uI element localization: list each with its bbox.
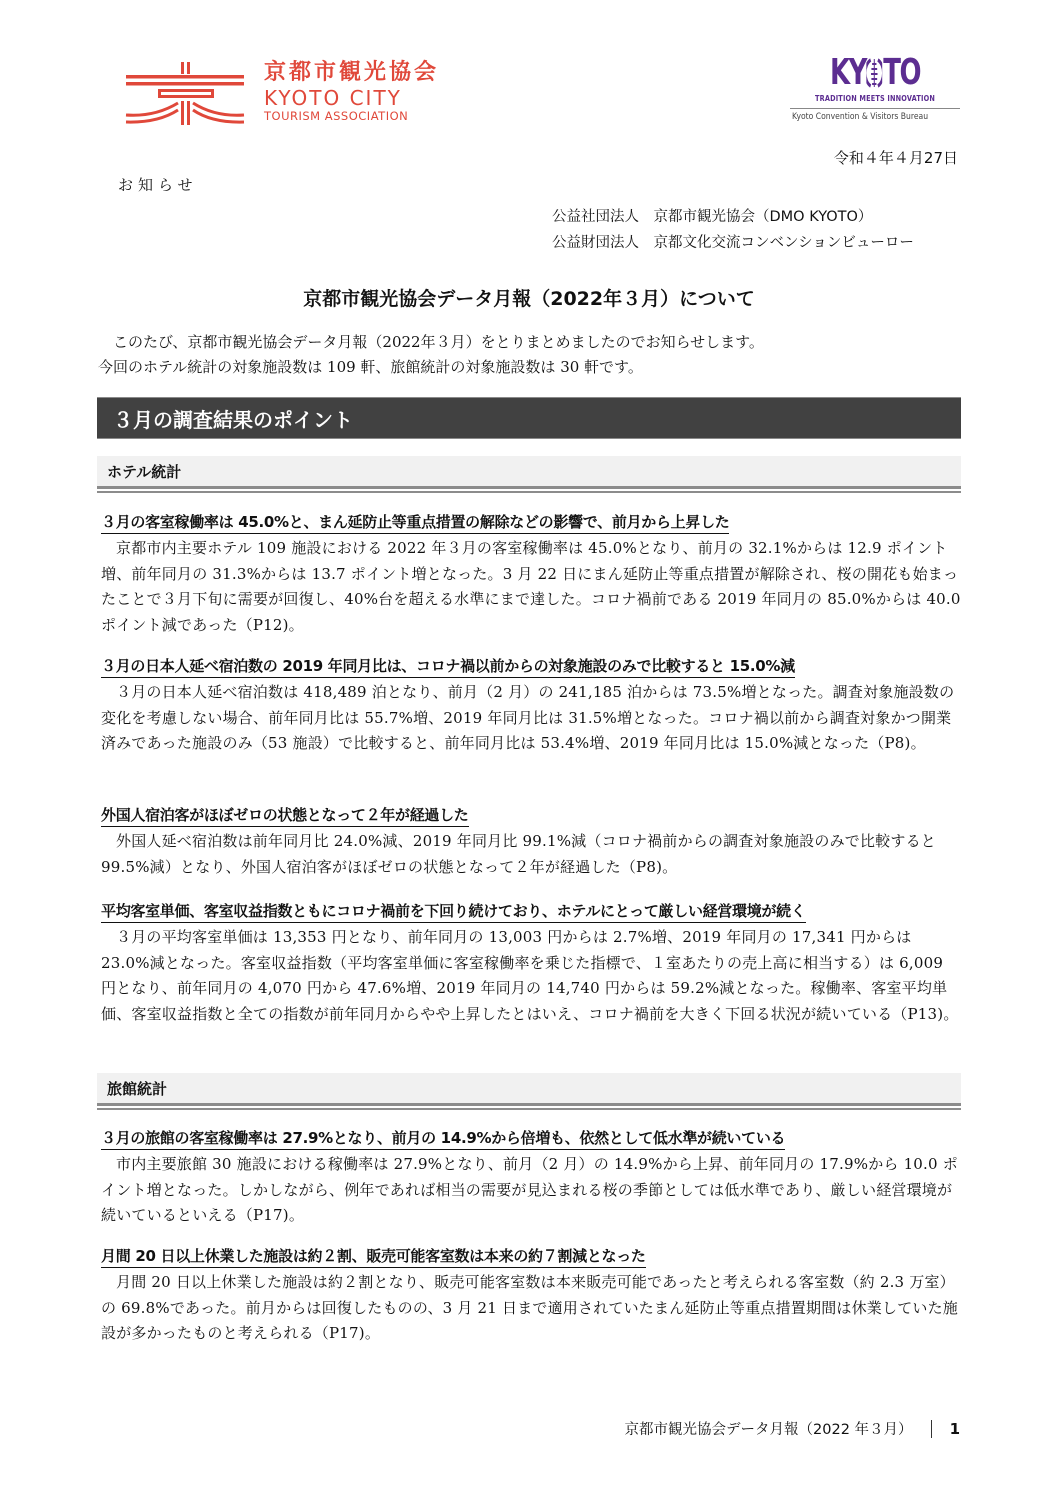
kyoto-convention-bureau-logo: KY TO TRADITION MEETS INNOVATION Kyoto C… xyxy=(790,55,960,135)
intro-paragraph: このたび、京都市観光協会データ月報（2022年３月）をとりまとめましたのでお知ら… xyxy=(98,330,968,380)
point-body: 市内主要旅館 30 施設における稼働率は 27.9%となり、前月（2 月）の 1… xyxy=(101,1152,961,1229)
issue-date: 令和４年４月27日 xyxy=(834,147,958,168)
kyoto-wordmark: KY TO xyxy=(814,55,936,91)
document-title: 京都市観光協会データ月報（2022年３月）について xyxy=(0,284,1058,311)
issuer-org-2: 公益財団法人 京都文化交流コンベンションビューロー xyxy=(552,231,914,252)
ryokan-section-header: 旅館統計 xyxy=(97,1073,961,1103)
points-heading-bar: ３月の調査結果のポイント xyxy=(97,397,961,439)
ryokan-point-1: ３月の旅館の客室稼働率は 27.9%となり、前月の 14.9%から倍増も、依然と… xyxy=(101,1128,961,1229)
intro-line-1: このたび、京都市観光協会データ月報（2022年３月）をとりまとめましたのでお知ら… xyxy=(98,330,968,355)
kyoto-city-tourism-association-logo: 京都市観光協会 KYOTO CITY TOURISM ASSOCIATION xyxy=(120,55,480,130)
point-heading: ３月の客室稼働率は 45.0%と、まん延防止等重点措置の解除などの影響で、前月か… xyxy=(101,512,729,534)
point-heading: ３月の旅館の客室稼働率は 27.9%となり、前月の 14.9%から倍増も、依然と… xyxy=(101,1128,785,1150)
point-body: ３月の平均客室単価は 13,353 円となり、前年同月の 13,003 円からは… xyxy=(101,925,961,1027)
hotel-point-4: 平均客室単価、客室収益指数ともにコロナ禍前を下回り続けており、ホテルにとって厳し… xyxy=(101,901,961,1027)
hotel-section-header: ホテル統計 xyxy=(97,456,961,486)
hotel-point-1: ３月の客室稼働率は 45.0%と、まん延防止等重点措置の解除などの影響で、前月か… xyxy=(101,512,961,638)
hotel-point-2: ３月の日本人延べ宿泊数の 2019 年同月比は、コロナ禍以前からの対象施設のみで… xyxy=(101,656,961,757)
point-body: 外国人延べ宿泊数は前年同月比 24.0%減、2019 年同月比 99.1%減（コ… xyxy=(101,829,961,880)
ryokan-section-label: 旅館統計 xyxy=(107,1078,167,1099)
hotel-section-rule xyxy=(97,486,961,493)
page-footer: 京都市観光協会データ月報（2022 年３月） 1 xyxy=(625,1418,960,1439)
hotel-point-3: 外国人宿泊客がほぼゼロの状態となって２年が経過した 外国人延べ宿泊数は前年同月比… xyxy=(101,805,961,880)
point-heading: 月間 20 日以上休業した施設は約２割、販売可能客室数は本来の約７割減となった xyxy=(101,1246,646,1268)
pagoda-o-icon xyxy=(867,57,883,89)
wordmark-left: KY xyxy=(830,55,866,91)
logo-en-line2: TOURISM ASSOCIATION xyxy=(264,111,439,123)
footer-divider xyxy=(931,1420,932,1438)
ryokan-point-2: 月間 20 日以上休業した施設は約２割、販売可能客室数は本来の約７割減となった … xyxy=(101,1246,961,1347)
point-body: 月間 20 日以上休業した施設は約２割となり、販売可能客室数は本来販売可能であっ… xyxy=(101,1270,961,1347)
wordmark-right: TO xyxy=(883,55,920,91)
logo-jp-text: 京都市観光協会 xyxy=(264,62,439,84)
logo-en-line1: KYOTO CITY xyxy=(264,88,439,108)
point-body: ３月の日本人延べ宿泊数は 418,489 泊となり、前月（2 月）の 241,1… xyxy=(101,680,961,757)
notice-label: お知らせ xyxy=(118,174,198,195)
page-number: 1 xyxy=(950,1420,960,1438)
point-heading: 平均客室単価、客室収益指数ともにコロナ禍前を下回り続けており、ホテルにとって厳し… xyxy=(101,901,806,923)
point-heading: ３月の日本人延べ宿泊数の 2019 年同月比は、コロナ禍以前からの対象施設のみで… xyxy=(101,656,795,678)
document-page: 京都市観光協会 KYOTO CITY TOURISM ASSOCIATION K… xyxy=(0,0,1058,1497)
hotel-section-label: ホテル統計 xyxy=(107,461,181,482)
ryokan-section-rule xyxy=(97,1103,961,1110)
kyo-emblem-icon xyxy=(120,59,250,127)
point-body: 京都市内主要ホテル 109 施設における 2022 年３月の客室稼働率は 45.… xyxy=(101,536,961,638)
intro-line-2: 今回のホテル統計の対象施設数は 109 軒、旅館統計の対象施設数は 30 軒です… xyxy=(98,355,968,380)
point-heading: 外国人宿泊客がほぼゼロの状態となって２年が経過した xyxy=(101,805,469,827)
logo-divider xyxy=(790,108,960,109)
footer-text: 京都市観光協会データ月報（2022 年３月） xyxy=(625,1418,913,1439)
logo-bureau-name: Kyoto Convention & Visitors Bureau xyxy=(792,112,943,122)
points-heading: ３月の調査結果のポイント xyxy=(113,404,353,433)
issuer-org-1: 公益社団法人 京都市観光協会（DMO KYOTO） xyxy=(552,205,872,226)
logo-tagline: TRADITION MEETS INNOVATION xyxy=(805,94,944,103)
